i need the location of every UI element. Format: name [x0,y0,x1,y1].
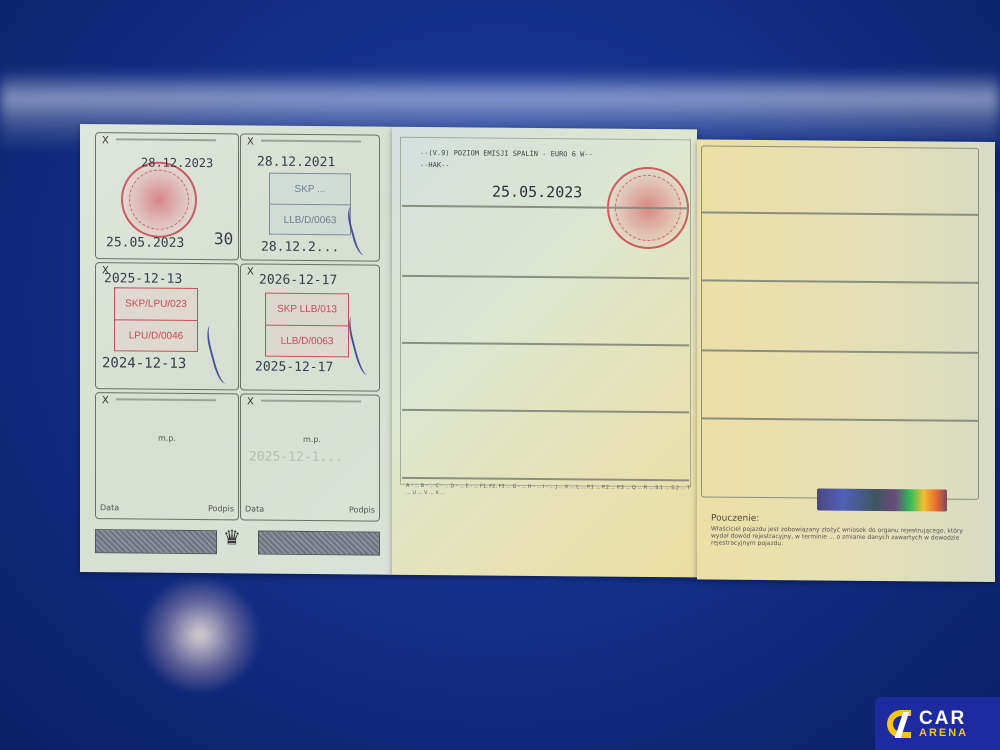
station-code: SKP LLB/013 [266,294,348,327]
emission-annotation: --(V.9) POZIOM EMISJI SPALIN - EURO 6 W-… [420,149,593,159]
station-code: SKP ... [270,174,350,206]
station-stamp: SKP/LPU/023 LPU/D/0046 [114,287,198,352]
inspection-cell: X 28.12.2021 SKP ... LLB/D/0063 28.12.2.… [240,133,380,261]
hologram [817,488,947,511]
towbar-annotation: --HAK-- [420,161,450,169]
next-inspection-date: 28.12.2021 [257,155,335,171]
inspection-cell: X 2025-12-13 SKP/LPU/023 LPU/D/0046 2024… [95,262,239,390]
next-inspection-date: 2026-12-17 [259,273,337,289]
notes-frame [701,145,979,499]
diagnostician-code: LPU/D/0046 [115,320,197,352]
logo-text-car: CAR [919,709,968,728]
diagnostician-code: LLB/D/0063 [266,326,348,358]
inspection-stamps-page: X 28.12.2023 25.05.2023 30 X 28.12.2021 … [80,124,392,575]
inspection-cell: X 28.12.2023 25.05.2023 30 [95,132,239,260]
inspection-cell: X 2026-12-17 SKP LLB/013 LLB/D/0063 2025… [240,263,380,391]
cell-mark: X [102,395,109,406]
security-band-left [95,529,217,554]
notes-page: Pouczenie: Właściciel pojazdu jest zobow… [697,139,995,582]
light-reflection [140,580,260,690]
official-seal [121,161,197,238]
annotation-date: 25.05.2023 [492,183,582,202]
cell-header-line [261,140,361,143]
car-arena-logo: CAR ARENA [875,697,1000,750]
inspection-cell: X m.p. 2025-12-1... Data Podpis [240,393,380,521]
inspection-date: 28.12.2... [261,240,339,256]
station-stamp: SKP LLB/013 LLB/D/0063 [265,293,349,358]
stamp-placeholder: m.p. [158,434,176,443]
next-inspection-date: 28.12.2023 [141,156,213,171]
cell-mark: X [247,266,254,277]
cell-header-line [116,138,216,141]
handwritten-note: 30 [214,229,233,248]
date-label: Data [245,504,264,513]
signature-label: Podpis [349,505,375,514]
inspection-date: 2025-12-17 [255,360,333,376]
inspection-date: 25.05.2023 [106,235,184,251]
annotations-page: --(V.9) POZIOM EMISJI SPALIN - EURO 6 W-… [392,127,697,578]
signature-label: Podpis [208,504,234,513]
polish-eagle-emblem: ♛ [223,525,241,549]
cell-mark: X [102,135,109,146]
notice-text: Właściciel pojazdu jest zobowiązany złoż… [711,526,976,549]
date-label: Data [100,503,119,512]
logo-text-arena: ARENA [919,728,968,739]
signature [204,323,237,386]
next-inspection-date: 2025-12-13 [104,271,182,287]
faint-imprint: 2025-12-1... [249,449,343,465]
signature [346,314,377,376]
notice-title: Pouczenie: [711,514,759,524]
registration-document: X 28.12.2023 25.05.2023 30 X 28.12.2021 … [80,124,995,580]
diagnostician-code: LLB/D/0063 [270,205,350,236]
inspection-cell: X m.p. Data Podpis [95,392,239,520]
stamp-placeholder: m.p. [303,435,321,444]
cell-mark: X [247,396,254,407]
field-legend-text: A - ... B - ... C - ... D - ... E - ... … [406,483,691,499]
cell-header-line [116,398,216,401]
security-band-right [258,531,380,556]
cell-header-line [261,400,361,403]
station-stamp: SKP ... LLB/D/0063 [269,173,351,236]
inspection-date: 2024-12-13 [102,355,186,372]
station-code: SKP/LPU/023 [115,288,197,321]
cell-mark: X [247,136,254,147]
car-arena-logo-icon [887,710,911,738]
